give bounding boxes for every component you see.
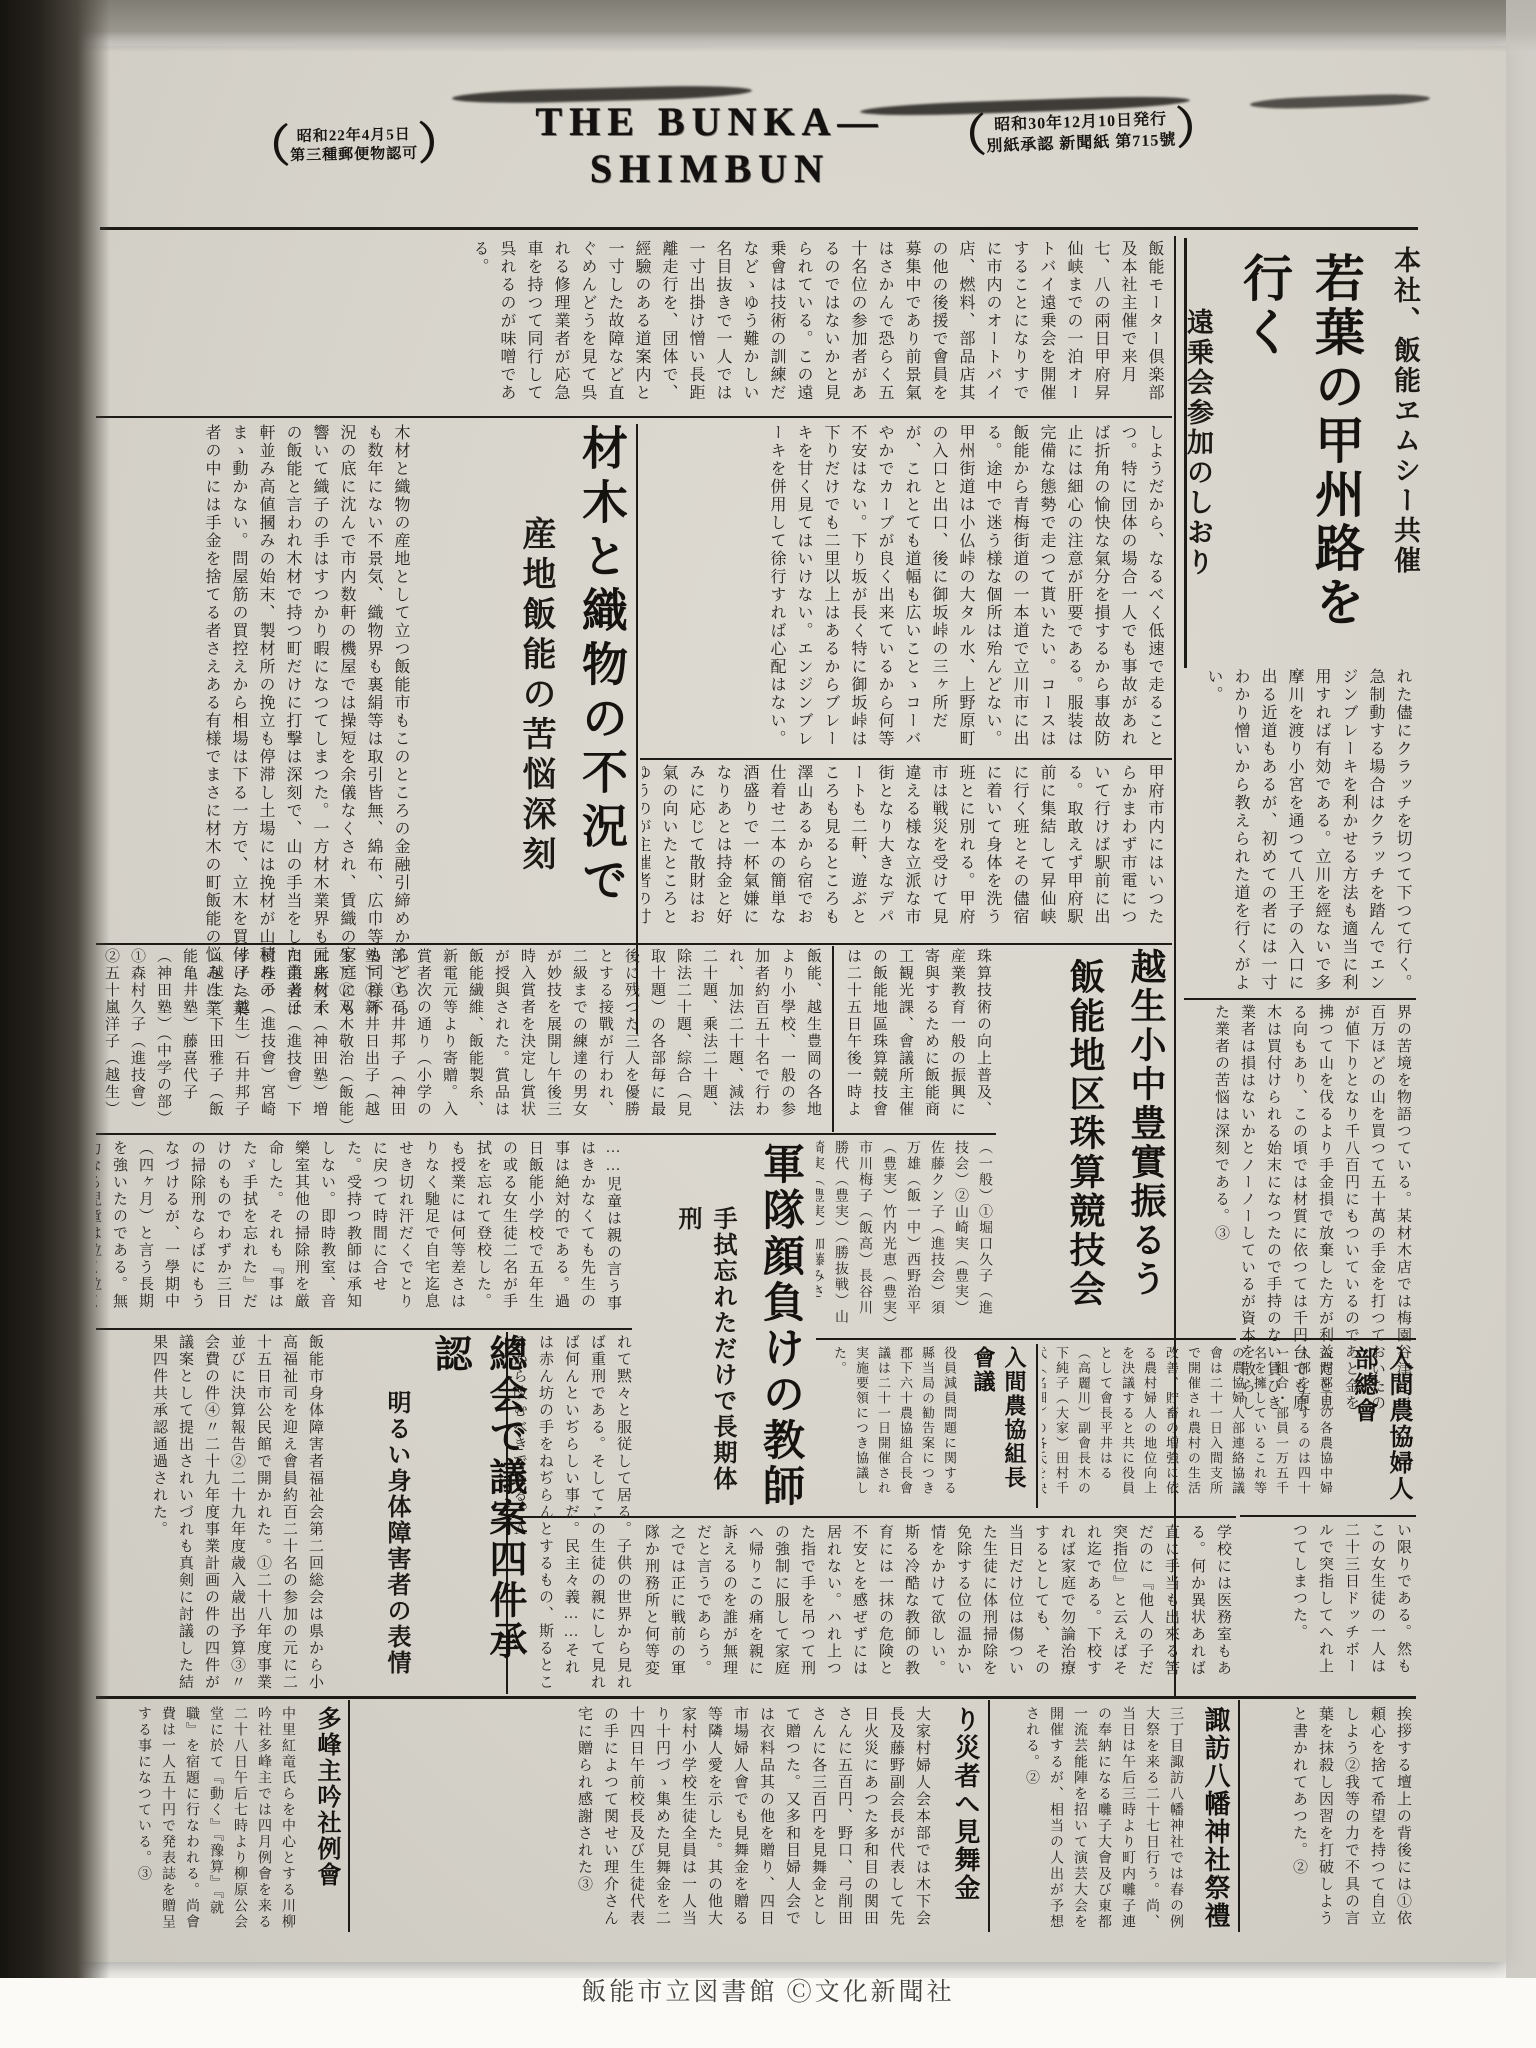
stamp-paren: （ [941,116,986,158]
article-soukai-subhead: 明るい身体障害者の表情 [379,1390,414,1690]
article-guntai-body-1: ……児童は親の言う事はきかなくても先生の事は絶対的である。過日飯能小学校で五年生… [96,1140,626,1324]
column-rule [96,1328,632,1330]
article-taho-body: 中里紅竜氏らを中心とする川柳吟社多峰主では四月例會を来る二十八日午后七時より柳原… [131,1706,299,1932]
article-ensokai-subhead: 遠乗会参加のしおり [1184,308,1218,668]
column-rule [96,416,1172,418]
article-zaimoku-body-1: 木材と織物の産地として立つ飯能市もこのところの金融引締めからどちらも数年にない不… [96,424,414,1032]
library-credit: 飯能市立図書館 Ⓒ文化新聞社 [0,1972,1536,2008]
column-rule [1184,998,1416,1000]
article-guntai-body-2: 学校には医務室もある。何か異状あれば直に手当も出來る筈だのに『他人の子だ突指位』… [640,1524,1236,1690]
article-soukai-body-2: 挨拶する壇上の背後には①依頼心を捨て希望を持つて自立しよう②我等の力で不具の言葉… [1242,1706,1416,1932]
article-kumicho-headline: 入間農協組長會議 [968,1346,1030,1506]
article-ensokai-body-3: 甲府市内にはいつたらかまわず市電について行けば駅前に出る。取敢えず甲府駅前に集結… [642,764,1168,940]
stamp-class: 第三種郵便物認可 [290,146,418,164]
column-divider [1238,1700,1240,1932]
scan-edge-right [1506,0,1536,1990]
article-soukai-headline-block: 總会で議案四件承認 明るい身体障害者の表情 [332,1334,532,1690]
column-divider [636,424,638,1034]
article-guntai-body-4: い限りである。然もこの女生徒の一人は二十三日ドッチボールで突指してへれ上つてしま… [1242,1522,1416,1690]
publisher-copyright: Ⓒ文化新聞社 [787,1979,955,2006]
column-rule [1240,1515,1416,1517]
article-suwa-body: 三丁目諏訪八幡神社では春の例大祭を来る二十七日行う。尚、当日は午后三時より町内囃… [1019,1706,1187,1932]
article-ensokai-body-4: れた儘にクラッチを切つて下つて行く。急制動する場合はクラッチを踏んでエンジンブレ… [1184,668,1416,994]
article-suwa-headline: 諏訪八幡神社祭禮 [1197,1706,1234,1932]
article-fujinbu-block: 入間農協婦人部總會 入間郡下の各農協中婦人部を有するのは四十一組合・部員一万五千… [1042,1346,1416,1508]
article-fujinbu-headline: 入間農協婦人部總會 [1346,1346,1416,1508]
newspaper-scan: （ 昭和22年4月5日 第三種郵便物認可 ） THE BUNKA—SHIMBUN… [0,0,1536,2048]
library-name: 飯能市立図書館 [581,1979,777,2006]
column-rule [640,758,1172,760]
article-ensokai-headline: 若葉の甲州路を行く [1228,252,1372,668]
column-divider [1036,1344,1038,1508]
article-ensokai-kicker: 本社、飯能ヱムシー共催 [1386,246,1425,668]
article-ensokai-body-1: 飯能モーター倶楽部及本社主催で来月七、八の兩日甲府昇仙峡までの一泊オートバイ遠乗… [100,240,1168,412]
article-shuzan-headline: 越生小中豊實振るう [1121,948,1172,1316]
article-taho-headline: 多峰主吟社例會 [309,1706,344,1932]
section-rule [96,1696,1416,1699]
article-guntai-headline: 軍隊顔負けの教師 [750,1142,810,1510]
article-risaisha-body: 大家村婦人会本部では木下会長及藤野副会長が代表して先日火災にあつた多和目の関田さ… [571,1706,935,1932]
article-shuzan-results-1: 飯能、越生豊岡の各地より小學校、一般の参加者約百五十名で行われ、加法二十題、減法… [96,948,826,1130]
article-shuzan-body-1: 珠算技術の向上普及、産業教育一般の振興に寄與するために飯能商工観光課、會議所主催… [838,948,996,1130]
article-soukai-body-1: 飯能市身体障害者福祉会第二回総会は県から小高福祉司を迎え會員約百二十名の参加の元… [96,1334,328,1692]
article-guntai-headline-block: 軍隊顔負けの教師 手拭忘れただけで長期体刑 [640,1142,810,1510]
article-ensokai-headline-block: 本社、飯能ヱムシー共催 若葉の甲州路を行く 遠乗会参加のしおり [1184,238,1425,668]
article-fujinbu-body: 入間郡下の各農協中婦人部を有するのは四十一組合・部員一万五千名を擁しているこれ等… [1042,1346,1336,1508]
stamp-date: 昭和22年4月5日 [297,127,411,145]
article-shuzan-results-2: （一般）①堀口久子（進技会）②山崎実（豊実）佐藤クン子（進技会）須万雄（飯一中）… [816,1140,996,1328]
article-zaimoku-headline-block: 材木と織物の不況で 産地飯能の苦悩深刻 [420,424,634,1032]
article-risaisha-headline: り災者へ見舞金 [947,1706,984,1932]
article-risaisha-block: り災者へ見舞金 大家村婦人会本部では木下会長及藤野副会長が代表して先日火災にあつ… [352,1706,984,1932]
article-zaimoku-headline: 材木と織物の不況で [568,424,634,1032]
column-rule [96,1133,996,1135]
article-shuzan-subhead: 飯能地区珠算競技会 [1060,958,1111,1316]
stamp-paren: ） [1175,108,1220,150]
issue-number-stamp: （ 昭和30年12月10日発行 別紙承認 新聞紙 第715號 ） [941,107,1220,159]
article-taho-block: 多峰主吟社例會 中里紅竜氏らを中心とする川柳吟社多峰主では四月例會を来る二十八日… [96,1706,344,1932]
article-suwa-block: 諏訪八幡神社祭禮 三丁目諏訪八幡神社では春の例大祭を来る二十七日行う。尚、当日は… [992,1706,1234,1932]
article-kumicho-block: 入間農協組長會議 役員減員問題に関する縣当局の勧告案につき郡下六十農協組合長會議… [816,1346,1030,1506]
article-shuzan-headline-block: 越生小中豊實振るう 飯能地区珠算競技会 [1002,948,1172,1316]
column-divider [832,946,834,1132]
article-kumicho-body: 役員減員問題に関する縣当局の勧告案につき郡下六十農協組合長會議は二十一日開催され… [828,1346,960,1506]
column-divider [348,1700,350,1932]
column-divider [988,1700,990,1932]
article-guntai-subhead: 手拭忘れただけで長期体刑 [670,1206,740,1510]
column-rule [816,1338,1236,1340]
issue-date: 昭和30年12月10日発行 [994,111,1168,134]
article-soukai-headline: 總会で議案四件承認 [422,1334,532,1690]
article-ensokai-body-2: しようだから、なるべく低速で走ることつ。特に団体の場合一人でも事故があれば折角の… [642,424,1168,754]
scan-shadow-top [0,0,1536,52]
stamp-paren: （ [246,127,291,168]
masthead-rule [100,227,1418,230]
